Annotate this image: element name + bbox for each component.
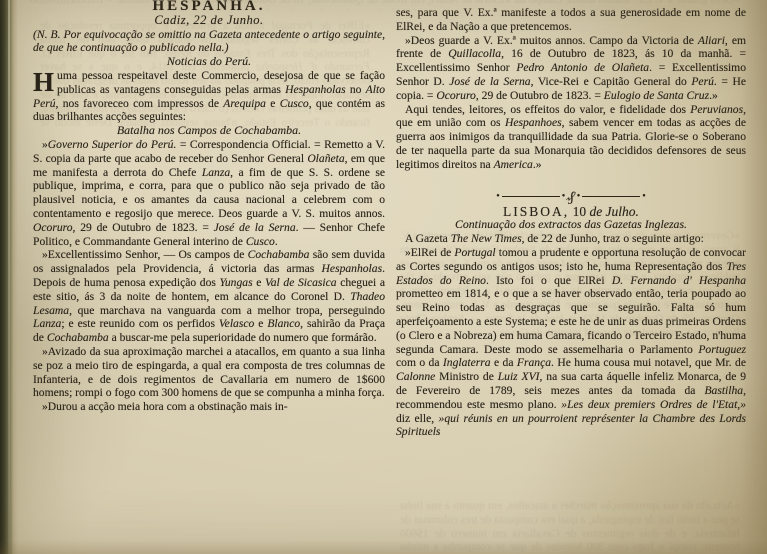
extracts-subtitle: Continuação dos extractos das Gazetas In… xyxy=(396,218,746,232)
divider-dot: • xyxy=(496,192,500,202)
paragraph-gazeta-intro: A Gazeta The New Times, de 22 de Junho, … xyxy=(396,232,746,246)
divider-dot: • xyxy=(562,192,566,202)
left-column: HESPANHA. Cadiz, 22 de Junho. (N. B. Por… xyxy=(33,0,385,554)
lisboa-heading: LISBOA, 10 de Julho. xyxy=(396,205,746,219)
paragraph-generosidade: ses, para que V. Ex.ª manifeste a todos … xyxy=(396,6,746,34)
paragraph-deos-guarde: »Deos guarde a V. Ex.ª muitos annos. Cam… xyxy=(396,34,746,103)
section-divider-ornament: • • ₰ • • xyxy=(396,189,746,205)
paragraph-avizado: »Avizado da sua aproximação marchei a at… xyxy=(33,345,385,400)
city-name: LISBOA, xyxy=(503,204,569,219)
page-right-edge-shading xyxy=(741,0,767,554)
editor-note: (N. B. Por equivocação se omittio na Gaz… xyxy=(33,28,385,56)
binding-highlight xyxy=(8,0,10,554)
divider-rule xyxy=(582,196,640,197)
paragraph-excellentissimo: »Excellentissimo Senhor, — Os campos de … xyxy=(33,248,385,345)
paragraph-aqui-tendes: Aqui tendes, leitores, os effeitos do va… xyxy=(396,103,746,172)
divider-dot: • xyxy=(642,192,646,202)
newspaper-scan-page: »Deos guarde a V. Ex.ª muitos annos. Cam… xyxy=(0,0,767,554)
country-heading: HESPANHA. xyxy=(33,0,385,14)
drop-cap: H xyxy=(33,69,57,95)
city-month: de Julho. xyxy=(589,204,639,219)
fleuron-icon: ₰ xyxy=(566,189,576,204)
right-column: ses, para que V. Ex.ª manifeste a todos … xyxy=(396,0,746,554)
divider-dot: • xyxy=(577,192,581,202)
paragraph-governo-superior: »Governo Superior do Perú. = Corresponde… xyxy=(33,138,385,248)
section-title-noticias: Noticias do Perú. xyxy=(33,55,385,69)
paragraph-intro-peru: Huma pessoa respeitavel deste Commercio,… xyxy=(33,69,385,124)
page-bottom-edge-shading xyxy=(0,540,767,554)
battle-title: Batalha nos Campos de Cochabamba. xyxy=(33,124,385,138)
city-day: 10 xyxy=(573,204,587,219)
divider-rule xyxy=(502,196,560,197)
paragraph-durou: »Durou a acção meia hora com a obstinaçã… xyxy=(33,400,385,414)
paragraph-elrei-portugal: »ElRei de Portugal tomou a prudente e op… xyxy=(396,246,746,439)
dateline: Cadiz, 22 de Junho. xyxy=(33,14,385,28)
paragraph-text: uma pessoa respeitavel deste Commercio, … xyxy=(33,69,385,123)
